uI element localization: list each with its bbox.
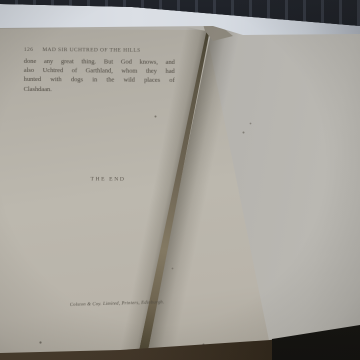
running-head: 126 MAD SIR UCHTRED OF THE HILLS	[24, 47, 176, 54]
the-end-text: THE END	[32, 176, 184, 183]
printer-colophon: Colston & Coy. Limited, Printers, Edinbu…	[51, 300, 183, 309]
paragraph-line: Clashdaan.	[24, 85, 175, 95]
page-number: 126	[24, 47, 33, 53]
body-paragraph: done any great thing. But God knows, and…	[24, 57, 175, 95]
chapter-title: MAD SIR UCHTRED OF THE HILLS	[42, 47, 140, 54]
book-photo: 126 MAD SIR UCHTRED OF THE HILLS done an…	[0, 0, 360, 360]
paragraph-line: hunted with dogs in the wild places of	[24, 75, 175, 85]
printed-text-layer: 126 MAD SIR UCHTRED OF THE HILLS done an…	[0, 0, 360, 360]
